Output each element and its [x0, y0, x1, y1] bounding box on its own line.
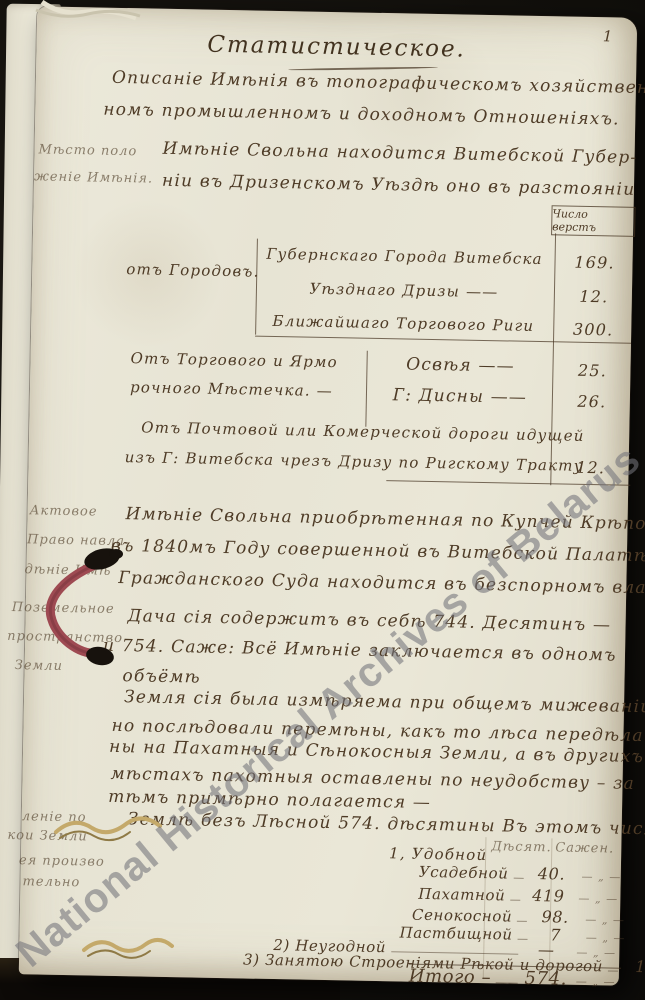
- land-row-label: Пахатной: [418, 885, 505, 905]
- versts-header-box: Число верстъ: [551, 205, 636, 237]
- total-value: 574.: [523, 968, 569, 990]
- distance-row-label: Губернскаго Города Витебска: [258, 245, 550, 269]
- land-row-sazhen: — „ —: [571, 892, 625, 906]
- margin-note-alloc-3: ея произво: [19, 853, 105, 870]
- location-line-1: Имѣніе Свольна находится Витебской Губер…: [162, 139, 637, 168]
- col-header-sazhen: Сажен.: [555, 840, 614, 856]
- distance-row-value: 12.: [556, 286, 632, 306]
- total-row: Итого –574.— „ —: [409, 966, 623, 991]
- location-line-2: ніи въ Дризенскомъ Уѣздѣ оно въ разстоян…: [162, 171, 636, 200]
- distance-row-value: 26.: [554, 391, 630, 411]
- from-postal-road-label-1: Отъ Почтовой или Комерческой дороги идущ…: [141, 418, 585, 445]
- title-underline: [288, 66, 438, 70]
- seal-cord-graphic: [36, 546, 148, 680]
- distance-row-label: Г: Дисны ——: [370, 385, 550, 408]
- from-cities-label: отъ Городовъ.: [126, 260, 260, 281]
- margin-note-deed-1: Актовое: [30, 503, 98, 519]
- land-row-value: 419: [525, 886, 571, 906]
- stitch-thread-graphic: [80, 930, 175, 966]
- land-row-value: 10: [623, 957, 645, 977]
- stitch-thread: [60, 831, 130, 840]
- document-title: Статистическое.: [176, 31, 496, 63]
- survey-line-1: Земля сія была измѣряема при общемъ миже…: [124, 687, 645, 717]
- deed-line-3: Гражданского Суда находится въ безспорно…: [118, 568, 645, 599]
- from-market-town-label-2: рочного Мѣстечка. —: [130, 378, 333, 400]
- distance-row-value: 300.: [555, 319, 631, 339]
- land-row: Пахатной419— „ —: [418, 884, 624, 907]
- distance-row-value: 169.: [556, 252, 632, 272]
- versts-header-label: Число верстъ: [552, 207, 634, 235]
- distance-row-label: Уѣзднаго Дризы ——: [258, 279, 550, 303]
- leader-line: [496, 982, 518, 983]
- stitch-thread: [84, 940, 172, 951]
- distance-row-label: Освѣя ——: [370, 354, 550, 377]
- from-postal-road-label-2: изъ Г: Витебска чрезъ Дризу по Ригскому …: [125, 448, 584, 475]
- allocation-section-1: 1, Удобной: [389, 844, 488, 864]
- col-header-desyatin: Дѣсят.: [491, 839, 552, 855]
- wax-seal-bottom: [85, 645, 116, 668]
- heading-line-1: Описаніе Имѣнія въ топографическомъ хозя…: [112, 68, 645, 98]
- page-number: 1: [603, 27, 614, 45]
- land-row-sazhen: — „ —: [574, 870, 628, 884]
- land-row-value: 98.: [532, 907, 578, 927]
- margin-note-location-2: женіе Имѣнія.: [34, 169, 153, 186]
- land-row-value: 40.: [528, 864, 574, 884]
- binding-fringe-graphic: [34, 0, 144, 28]
- land-row-label: Усадебной: [419, 863, 509, 883]
- leader-line: [513, 878, 523, 879]
- margin-note-location-1: Мѣсто поло: [38, 142, 137, 159]
- area-line-1: Дача сія содержитъ въ себѣ 744. Десятинъ…: [127, 606, 611, 635]
- scanned-document-photo: 1 Статистическое. Описаніе Имѣнія въ топ…: [0, 0, 645, 1000]
- total-label: Итого –: [409, 966, 492, 989]
- leader-line: [510, 900, 520, 901]
- leader-line: [517, 921, 527, 922]
- land-row: Усадебной40.— „ —: [419, 862, 625, 885]
- land-row-sazhen: — „ —: [578, 913, 632, 927]
- from-market-town-label-1: Отъ Торгового и Ярмо: [130, 349, 338, 371]
- group2-divider-rule: [365, 351, 368, 427]
- heading-line-2: номъ промышленномъ и доходномъ Отношенія…: [103, 100, 620, 130]
- stitch-thread: [88, 950, 150, 957]
- distance-row-value: 25.: [554, 360, 630, 380]
- total-sazhen: — „ —: [569, 975, 623, 989]
- wax-seal-top-blob: [109, 549, 123, 559]
- distance-row-label: Ближайшаго Торгового Риги: [257, 312, 549, 336]
